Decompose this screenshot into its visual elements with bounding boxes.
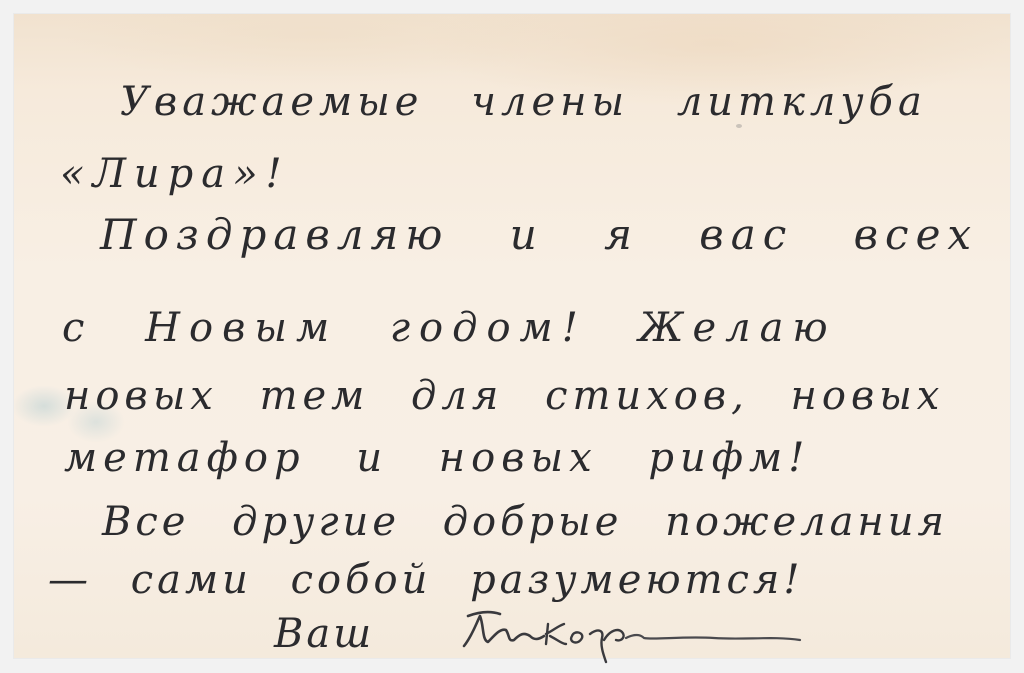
- greeting-line-1: Поздравляю и я вас всех: [100, 214, 978, 256]
- wish-line-2: метафор и новых рифм!: [64, 438, 810, 478]
- wish-line-1: новых тем для стихов, новых: [64, 376, 944, 416]
- club-name-line: «Лира»!: [60, 154, 290, 194]
- signature-scrawl-icon: [454, 606, 814, 666]
- closing-line-1: Все другие добрые пожелания: [102, 502, 948, 542]
- signature: [454, 606, 814, 666]
- closing-line-2: — сами собой разумеются!: [48, 560, 803, 600]
- valediction: Ваш: [274, 614, 374, 654]
- greeting-line-2: с Новым годом! Желаю: [62, 308, 837, 348]
- page-background: Уважаемые члены литклуба «Лира»! Поздрав…: [0, 0, 1024, 673]
- greeting-card: Уважаемые члены литклуба «Лира»! Поздрав…: [14, 14, 1010, 658]
- paper-speck: [736, 124, 742, 128]
- salutation-line: Уважаемые члены литклуба: [120, 82, 927, 122]
